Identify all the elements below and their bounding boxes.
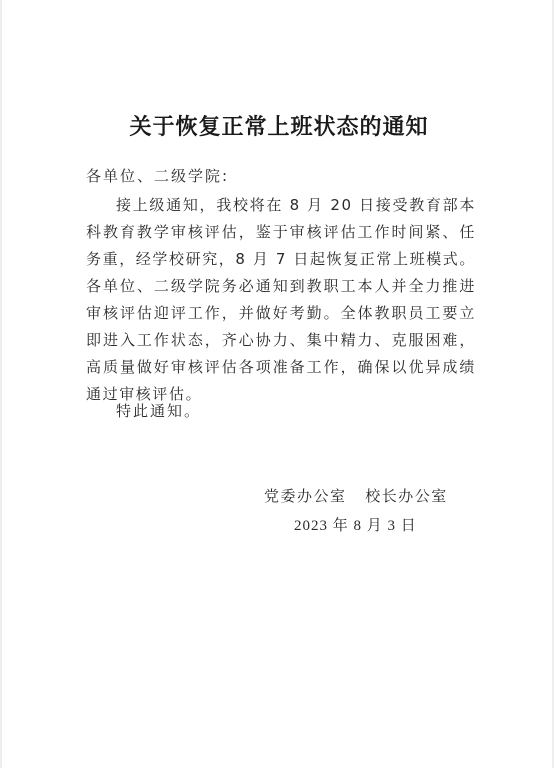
signature-offices: 党委办公室 校长办公室 xyxy=(264,485,448,506)
issue-date: 2023 年 8 月 3 日 xyxy=(294,514,417,535)
document-page: 关于恢复正常上班状态的通知 各单位、二级学院: 接上级通知，我校将在 8 月 2… xyxy=(0,0,554,768)
closing-line: 特此通知。 xyxy=(116,400,201,421)
document-title: 关于恢复正常上班状态的通知 xyxy=(2,110,554,141)
body-paragraph: 接上级通知，我校将在 8 月 20 日接受教育部本科教育教学审核评估，鉴于审核评… xyxy=(86,192,476,408)
body-text: 接上级通知，我校将在 8 月 20 日接受教育部本科教育教学审核评估，鉴于审核评… xyxy=(86,192,476,408)
salutation: 各单位、二级学院: xyxy=(86,165,229,186)
